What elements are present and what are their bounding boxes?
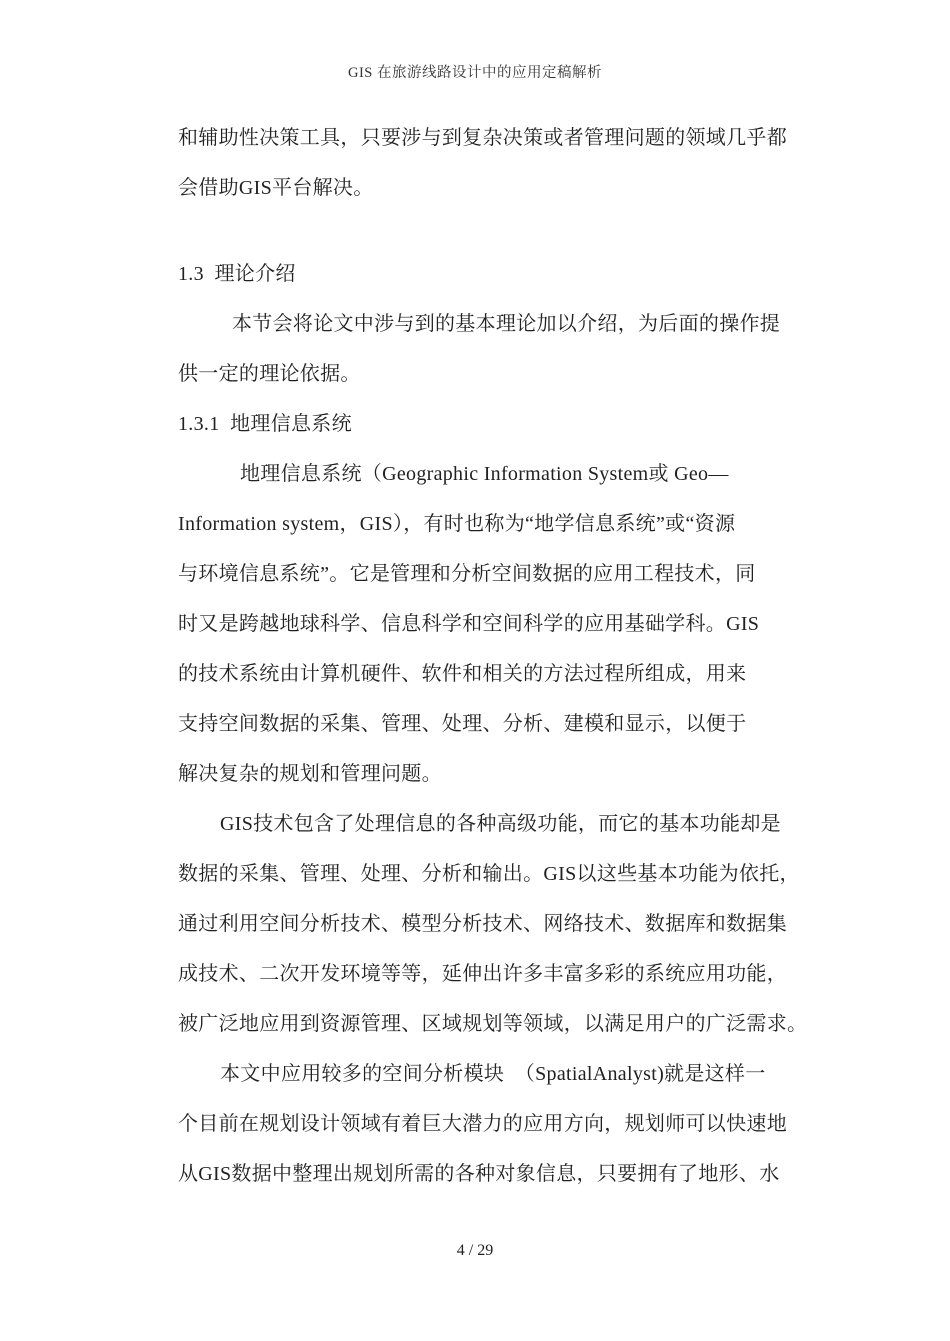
document-line: 数据的采集、管理、处理、分析和输出。GIS以这些基本功能为依托， [178,849,794,899]
document-line: GIS技术包含了处理信息的各种高级功能，而它的基本功能却是 [178,799,794,849]
document-line: 被广泛地应用到资源管理、区域规划等领域，以满足用户的广泛需求。 [178,999,794,1049]
document-line: 个目前在规划设计领域有着巨大潜力的应用方向，规划师可以快速地 [178,1099,794,1149]
blank-line [178,213,794,249]
page-header: GIS 在旅游线路设计中的应用定稿解析 [0,60,950,86]
document-page: GIS 在旅游线路设计中的应用定稿解析 和辅助性决策工具，只要涉与到复杂决策或者… [0,0,950,1341]
document-body: 和辅助性决策工具，只要涉与到复杂决策或者管理问题的领域几乎都会借助GIS平台解决… [178,113,794,1199]
document-line: 和辅助性决策工具，只要涉与到复杂决策或者管理问题的领域几乎都 [178,113,794,163]
page-header-title: GIS 在旅游线路设计中的应用定稿解析 [348,65,602,81]
document-line: 从GIS数据中整理出规划所需的各种对象信息，只要拥有了地形、水 [178,1149,794,1199]
document-line: Information system，GIS），有时也称为“地学信息系统”或“资… [178,499,794,549]
page-footer: 4 / 29 [0,1238,950,1264]
page-number: 4 / 29 [457,1242,493,1259]
document-line: 支持空间数据的采集、管理、处理、分析、建模和显示，以便于 [178,699,794,749]
document-line: 会借助GIS平台解决。 [178,163,794,213]
section-heading: 1.3.1 地理信息系统 [178,399,794,449]
document-line: 时又是跨越地球科学、信息科学和空间科学的应用基础学科。GIS [178,599,794,649]
document-line: 本文中应用较多的空间分析模块 （SpatialAnalyst)就是这样一 [178,1049,794,1099]
document-line: 与环境信息系统”。它是管理和分析空间数据的应用工程技术，同 [178,549,794,599]
section-heading: 1.3 理论介绍 [178,249,794,299]
document-line: 地理信息系统（Geographic Information System或 Ge… [178,449,794,499]
document-line: 的技术系统由计算机硬件、软件和相关的方法过程所组成，用来 [178,649,794,699]
document-line: 解决复杂的规划和管理问题。 [178,749,794,799]
document-line: 通过利用空间分析技术、模型分析技术、网络技术、数据库和数据集 [178,899,794,949]
document-line: 供一定的理论依据。 [178,349,794,399]
document-line: 本节会将论文中涉与到的基本理论加以介绍，为后面的操作提 [178,299,794,349]
document-line: 成技术、二次开发环境等等，延伸出许多丰富多彩的系统应用功能， [178,949,794,999]
